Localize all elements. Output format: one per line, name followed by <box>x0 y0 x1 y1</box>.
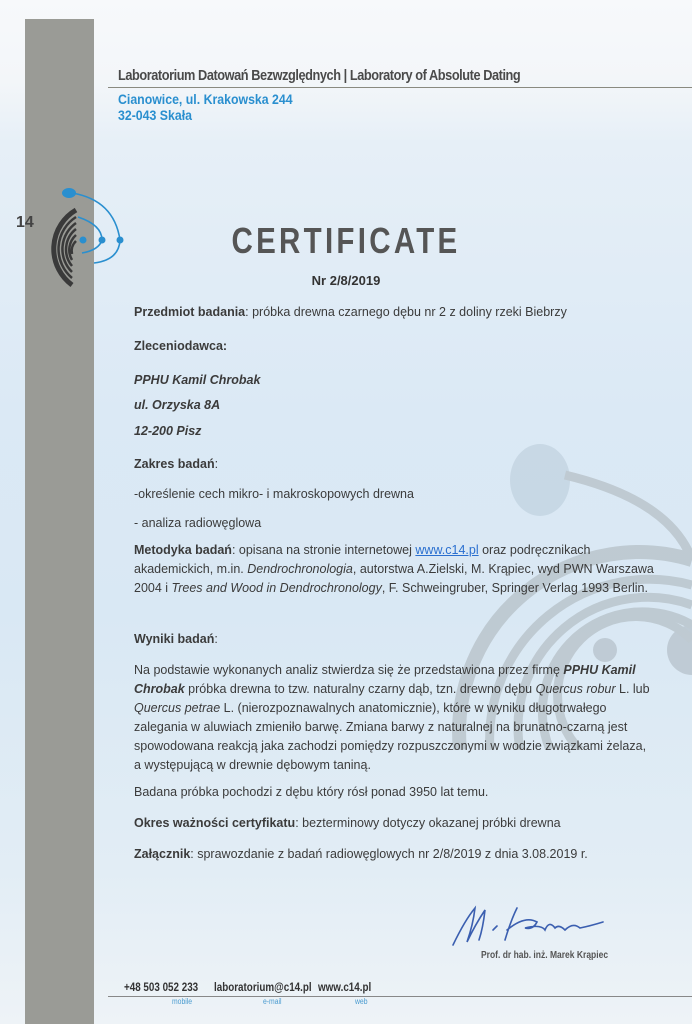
subject-value: : próbka drewna czarnego dębu nr 2 z dol… <box>245 305 567 319</box>
validity-value: : bezterminowy dotyczy okazanej próbki d… <box>295 816 560 830</box>
certificate-title: CERTIFICATE <box>62 220 629 262</box>
logo-number: 14 <box>16 214 34 231</box>
footer-phone: +48 503 052 233 <box>124 980 198 994</box>
footer-email[interactable]: laboratorium@c14.pl <box>214 980 312 994</box>
attachment-value: : sprawozdanie z badań radiowęglowych nr… <box>190 847 588 861</box>
address-line-2: 32-043 Skała <box>118 107 192 123</box>
client-name: PPHU Kamil Chrobak <box>134 371 654 390</box>
validity-line: Okres ważności certyfikatu: bezterminowy… <box>134 814 654 833</box>
signer-name: Prof. dr hab. inż. Marek Krąpiec <box>481 950 608 961</box>
scope-label: Zakres badań <box>134 457 215 471</box>
attachment-line: Załącznik: sprawozdanie z badań radiowęg… <box>134 845 654 864</box>
subject-label: Przedmiot badania <box>134 305 245 319</box>
left-gray-band <box>25 19 94 1024</box>
client-label: Zleceniodawca: <box>134 337 654 356</box>
methodology-paragraph: Metodyka badań: opisana na stronie inter… <box>134 541 654 598</box>
results-label: Wyniki badań <box>134 632 214 646</box>
subject-line: Przedmiot badania: próbka drewna czarneg… <box>134 303 654 322</box>
species-name: Quercus robur <box>536 682 616 696</box>
scope-heading: Zakres badań: <box>134 455 654 474</box>
methodology-label: Metodyka badań <box>134 543 232 557</box>
results-paragraph: Na podstawie wykonanych analiz stwierdza… <box>134 661 654 775</box>
book-title: Trees and Wood in Dendrochronology <box>172 581 382 595</box>
website-link[interactable]: www.c14.pl <box>415 543 478 557</box>
attachment-label: Załącznik <box>134 847 190 861</box>
footer-phone-label: mobile <box>172 997 192 1006</box>
book-title: Dendrochronologia <box>247 562 353 576</box>
results-heading: Wyniki badań: <box>134 630 654 649</box>
certificate-number: Nr 2/8/2019 <box>0 273 692 288</box>
header-divider <box>108 87 692 88</box>
validity-label: Okres ważności certyfikatu <box>134 816 295 830</box>
signature-icon <box>445 900 625 950</box>
species-name: Quercus petrae <box>134 701 220 715</box>
footer-email-label: e-mail <box>263 997 282 1006</box>
scope-item: -określenie cech mikro- i makroskopowych… <box>134 485 654 504</box>
client-street: ul. Orzyska 8A <box>134 396 654 415</box>
client-city: 12-200 Pisz <box>134 422 654 441</box>
lab-name: Laboratorium Datowań Bezwzględnych | Lab… <box>118 68 520 84</box>
age-statement: Badana próbka pochodzi z dębu który rósł… <box>134 783 654 802</box>
footer-web-label: web <box>355 997 367 1006</box>
address-line-1: Cianowice, ul. Krakowska 244 <box>118 91 293 107</box>
scope-item: - analiza radiowęglowa <box>134 514 654 533</box>
footer-divider <box>108 996 692 997</box>
footer-web[interactable]: www.c14.pl <box>318 980 371 994</box>
